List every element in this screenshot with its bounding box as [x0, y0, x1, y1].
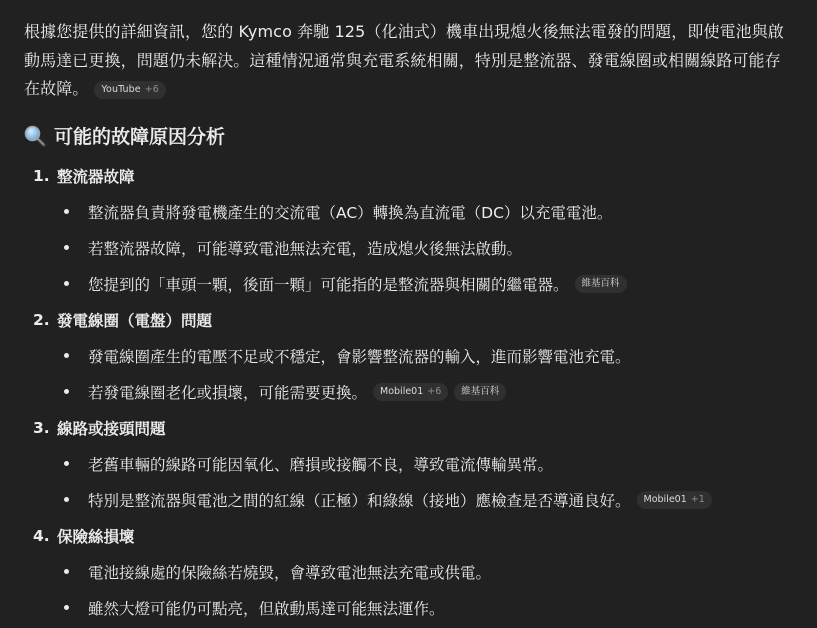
point-text: 整流器負責將發電機產生的交流電（AC）轉換為直流電（DC）以充電電池。	[88, 201, 612, 223]
cause-item: 3. 線路或接頭問題 老舊車輛的線路可能因氧化、磨損或接觸不良，導致電流傳輸異常…	[24, 410, 793, 518]
assistant-response: 根據您提供的詳細資訊，您的 Kymco 奔馳 125（化油式）機車出現熄火後無法…	[0, 0, 817, 626]
list-item: 若整流器故障，可能導致電池無法充電，造成熄火後無法啟動。	[24, 230, 793, 266]
bullet-icon	[64, 461, 69, 466]
cause-title: 3. 線路或接頭問題	[24, 410, 793, 446]
citation-chip-mobile01[interactable]: Mobile01+6	[373, 383, 448, 401]
list-item: 整流器負責將發電機產生的交流電（AC）轉換為直流電（DC）以充電電池。	[24, 194, 793, 230]
cause-title: 1. 整流器故障	[24, 158, 793, 194]
causes-list: 1. 整流器故障 整流器負責將發電機產生的交流電（AC）轉換為直流電（DC）以充…	[24, 158, 793, 626]
cause-number: 1.	[33, 167, 57, 185]
bullet-icon	[64, 245, 69, 250]
point-text: 電池接線處的保險絲若燒毀，會導致電池無法充電或供電。	[88, 561, 491, 583]
citation-more: +6	[145, 81, 159, 99]
cause-title-text: 線路或接頭問題	[57, 417, 166, 439]
section-title: 可能的故障原因分析	[54, 122, 225, 149]
cause-title-text: 保險絲損壞	[57, 525, 135, 547]
cause-points: 老舊車輛的線路可能因氧化、磨損或接觸不良，導致電流傳輸異常。 特別是整流器與電池…	[24, 446, 793, 518]
list-item: 您提到的「車頭一顆，後面一顆」可能指的是整流器與相關的繼電器。 維基百科	[24, 266, 793, 302]
cause-points: 整流器負責將發電機產生的交流電（AC）轉換為直流電（DC）以充電電池。 若整流器…	[24, 194, 793, 302]
citation-chip-mobile01[interactable]: Mobile01+1	[637, 491, 712, 509]
cause-title: 2. 發電線圈（電盤）問題	[24, 302, 793, 338]
bullet-icon	[64, 389, 69, 394]
cause-title: 4. 保險絲損壞	[24, 518, 793, 554]
bullet-icon	[64, 569, 69, 574]
citation-chip-youtube[interactable]: YouTube+6	[94, 81, 166, 99]
point-text: 發電線圈產生的電壓不足或不穩定，會影響整流器的輸入，進而影響電池充電。	[88, 345, 631, 367]
point-text: 若發電線圈老化或損壞，可能需要更換。	[88, 381, 367, 403]
magnifier-icon	[24, 125, 46, 147]
bullet-icon	[64, 209, 69, 214]
cause-item: 2. 發電線圈（電盤）問題 發電線圈產生的電壓不足或不穩定，會影響整流器的輸入，…	[24, 302, 793, 410]
point-text: 特別是整流器與電池之間的紅線（正極）和綠線（接地）應檢查是否導通良好。	[88, 489, 631, 511]
point-text: 若整流器故障，可能導致電池無法充電，造成熄火後無法啟動。	[88, 237, 522, 259]
point-text: 雖然大燈可能仍可點亮，但啟動馬達可能無法運作。	[88, 597, 445, 619]
list-item: 老舊車輛的線路可能因氧化、磨損或接觸不良，導致電流傳輸異常。	[24, 446, 793, 482]
bullet-icon	[64, 497, 69, 502]
list-item: 若發電線圈老化或損壞，可能需要更換。 Mobile01+6 維基百科	[24, 374, 793, 410]
intro-paragraph: 根據您提供的詳細資訊，您的 Kymco 奔馳 125（化油式）機車出現熄火後無法…	[24, 18, 793, 104]
bullet-icon	[64, 605, 69, 610]
section-heading: 可能的故障原因分析	[24, 120, 793, 152]
bullet-icon	[64, 281, 69, 286]
citation-source: Mobile01	[644, 491, 687, 509]
list-item: 特別是整流器與電池之間的紅線（正極）和綠線（接地）應檢查是否導通良好。 Mobi…	[24, 482, 793, 518]
cause-number: 2.	[33, 311, 57, 329]
cause-item: 4. 保險絲損壞 電池接線處的保險絲若燒毀，會導致電池無法充電或供電。 雖然大燈…	[24, 518, 793, 626]
list-item: 電池接線處的保險絲若燒毀，會導致電池無法充電或供電。	[24, 554, 793, 590]
point-text: 您提到的「車頭一顆，後面一顆」可能指的是整流器與相關的繼電器。	[88, 273, 569, 295]
citation-source: YouTube	[101, 81, 140, 99]
cause-item: 1. 整流器故障 整流器負責將發電機產生的交流電（AC）轉換為直流電（DC）以充…	[24, 158, 793, 302]
cause-points: 發電線圈產生的電壓不足或不穩定，會影響整流器的輸入，進而影響電池充電。 若發電線…	[24, 338, 793, 410]
citation-source: 維基百科	[461, 383, 499, 401]
cause-title-text: 發電線圈（電盤）問題	[57, 309, 212, 331]
citation-source: Mobile01	[380, 383, 423, 401]
bullet-icon	[64, 353, 69, 358]
point-text: 老舊車輛的線路可能因氧化、磨損或接觸不良，導致電流傳輸異常。	[88, 453, 553, 475]
citation-more: +6	[427, 383, 441, 401]
cause-points: 電池接線處的保險絲若燒毀，會導致電池無法充電或供電。 雖然大燈可能仍可點亮，但啟…	[24, 554, 793, 626]
citation-source: 維基百科	[582, 275, 620, 293]
citation-chip-wikipedia[interactable]: 維基百科	[454, 383, 506, 401]
citation-chip-wikipedia[interactable]: 維基百科	[575, 275, 627, 293]
list-item: 雖然大燈可能仍可點亮，但啟動馬達可能無法運作。	[24, 590, 793, 626]
cause-number: 3.	[33, 419, 57, 437]
cause-title-text: 整流器故障	[57, 165, 135, 187]
citation-more: +1	[691, 491, 705, 509]
list-item: 發電線圈產生的電壓不足或不穩定，會影響整流器的輸入，進而影響電池充電。	[24, 338, 793, 374]
cause-number: 4.	[33, 527, 57, 545]
